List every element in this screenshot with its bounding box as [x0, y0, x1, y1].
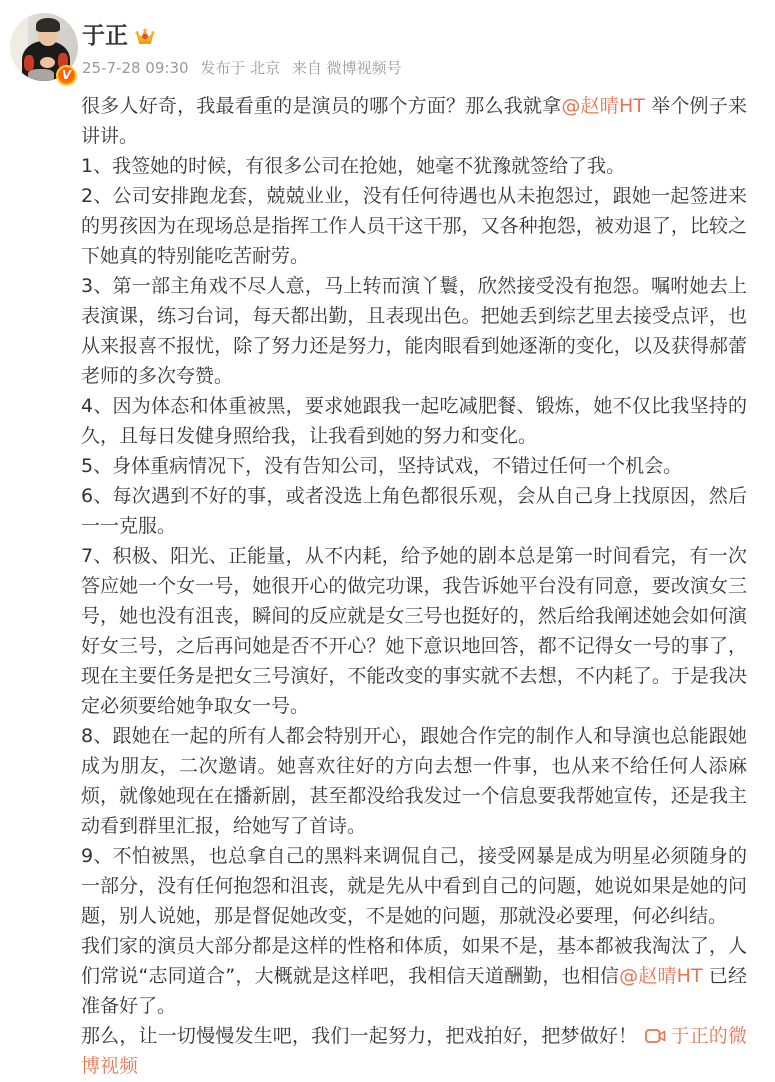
paragraph-text: 那么，让一切慢慢发生吧，我们一起努力，把戏拍好，把梦做好！ [81, 1025, 637, 1047]
timestamp: 25-7-28 09:30 [82, 59, 189, 77]
verified-v-badge-icon: V [56, 65, 77, 86]
post-content: 很多人好奇，我最看重的是演员的哪个方面？那么我就拿@赵晴HT 举个例子来讲讲。 … [81, 91, 747, 1081]
post-paragraph: 3、第一部主角戏不尽人意，马上转而演丫鬟，欣然接受没有抱怨。嘱咐她去上表演课，练… [81, 271, 747, 391]
post-paragraph: 那么，让一切慢慢发生吧，我们一起努力，把戏拍好，把梦做好！ 于正的微博视频 [81, 1021, 747, 1081]
post-paragraph: 5、身体重病情况下，没有告知公司，坚持试戏，不错过任何一个机会。 [81, 451, 747, 481]
publish-location: 发布于 北京 [200, 59, 280, 77]
post-paragraph: 7、积极、阳光、正能量，从不内耗，给予她的剧本总是第一时间看完，有一次答应她一个… [81, 541, 747, 721]
post-paragraph: 4、因为体态和体重被黑，要求她跟我一起吃减肥餐、锻炼，她不仅比我坚持的久，且每日… [81, 391, 747, 451]
post-paragraph: 6、每次遇到不好的事，或者没选上角色都很乐观，会从自己身上找原因，然后一一克服。 [81, 481, 747, 541]
post-source: 来自 微博视频号 [292, 59, 402, 77]
avatar-legs [28, 69, 54, 81]
video-camera-icon [645, 1028, 666, 1044]
post-meta: 25-7-28 09:30 发布于 北京 来自 微博视频号 [82, 59, 402, 78]
avatar-hair [36, 18, 60, 32]
vip-crown-icon [135, 27, 155, 47]
post-header: 于正 25-7-28 09:30 发布于 北京 来自 微博视频号 [82, 22, 402, 78]
post-paragraph: 1、我签她的时候，有很多公司在抢她，她毫不犹豫就签给了我。 [81, 151, 747, 181]
mention-link[interactable]: @赵晴HT [561, 95, 645, 117]
paragraph-text: 很多人好奇，我最看重的是演员的哪个方面？那么我就拿 [81, 95, 561, 117]
weibo-post: V 于正 25-7-28 09:30 发布于 北京 来自 微博视频号 很多人好奇… [0, 0, 775, 1082]
post-paragraph: 9、不怕被黑，也总拿自己的黑料来调侃自己，接受网暴是成为明星必须随身的一部分，没… [81, 841, 747, 931]
author-name[interactable]: 于正 [82, 22, 128, 50]
post-paragraph: 8、跟她在一起的所有人都会特别开心，跟她合作完的制作人和导演也总能跟她成为朋友，… [81, 721, 747, 841]
avatar[interactable]: V [10, 13, 78, 81]
post-paragraph: 我们家的演员大部分都是这样的性格和体质，如果不是，基本都被我淘汰了，人们常说“志… [81, 931, 747, 1021]
post-paragraph: 很多人好奇，我最看重的是演员的哪个方面？那么我就拿@赵晴HT 举个例子来讲讲。 [81, 91, 747, 151]
mention-link[interactable]: @赵晴HT [619, 965, 702, 987]
avatar-hands [40, 57, 55, 68]
post-paragraph: 2、公司安排跑龙套，兢兢业业，没有任何待遇也从未抱怨过，跟她一起签进来的男孩因为… [81, 181, 747, 271]
